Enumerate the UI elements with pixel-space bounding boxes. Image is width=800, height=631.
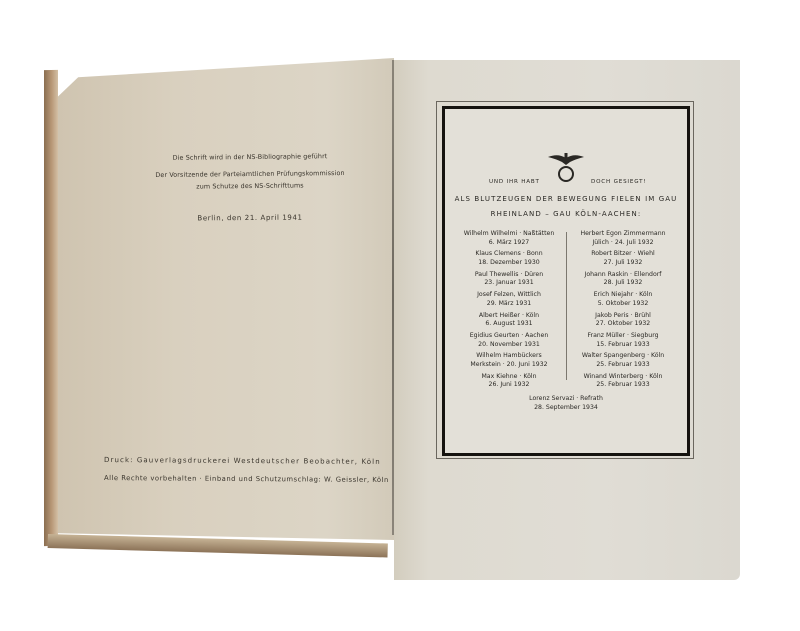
list-item: Max Kiehne · Köln26. Juni 1932 [453,373,565,393]
list-item-final: Lorenz Servazi · Refrath 28. September 1… [453,395,679,412]
list-item: Egidius Geurten · Aachen20. November 193… [453,332,565,352]
list-item: Wilhelm HambückersMerkstein · 20. Juni 1… [453,352,565,372]
list-item: Winand Winterberg · Köln25. Februar 1933 [567,373,679,393]
motto-left: UND IHR HABT [489,179,540,185]
book-gutter [392,60,394,535]
list-item: Klaus Clemens · Bonn18. Dezember 1930 [453,250,565,270]
eagle-emblem-icon [546,149,586,183]
memorial-subheading: RHEINLAND – GAU KÖLN-AACHEN: [445,210,687,218]
list-item: Paul Thewellis · Düren23. Januar 1931 [453,271,565,291]
memorial-heading: ALS BLUTZEUGEN DER BEWEGUNG FIELEN IM GA… [445,195,687,203]
emblem-row: UND IHR HABT DOCH GESIEGT! [445,149,687,189]
left-page [58,58,394,540]
list-item: Josef Felzen, Wittlich29. März 1931 [453,291,565,311]
list-item: Franz Müller · Siegburg15. Februar 1933 [567,332,679,352]
names-column-left: Wilhelm Wilhelmi · Naßtätten6. März 1927… [453,230,565,393]
list-item: Jakob Peris · Brühl27. Oktober 1932 [567,312,679,332]
place-date: Berlin, den 21. April 1941 [150,213,350,222]
names-column-right: Herbert Egon ZimmermannJülich · 24. Juli… [567,230,679,393]
list-item: Albert Heißer · Köln6. August 1931 [453,312,565,332]
list-item: Herbert Egon ZimmermannJülich · 24. Juli… [567,230,679,250]
motto-right: DOCH GESIEGT! [591,179,646,185]
list-item: Erich Niejahr · Köln5. Oktober 1932 [567,291,679,311]
list-item: Johann Raskin · Ellendorf28. Juli 1932 [567,271,679,291]
memorial-panel: UND IHR HABT DOCH GESIEGT! ALS BLUTZEUGE… [442,106,690,456]
book-cover-left-edge [44,70,58,546]
list-item: Walter Spangenberg · Köln25. Februar 193… [567,352,679,372]
list-item: Robert Bitzer · Wiehl27. Juli 1932 [567,250,679,270]
list-item: Wilhelm Wilhelmi · Naßtätten6. März 1927 [453,230,565,250]
